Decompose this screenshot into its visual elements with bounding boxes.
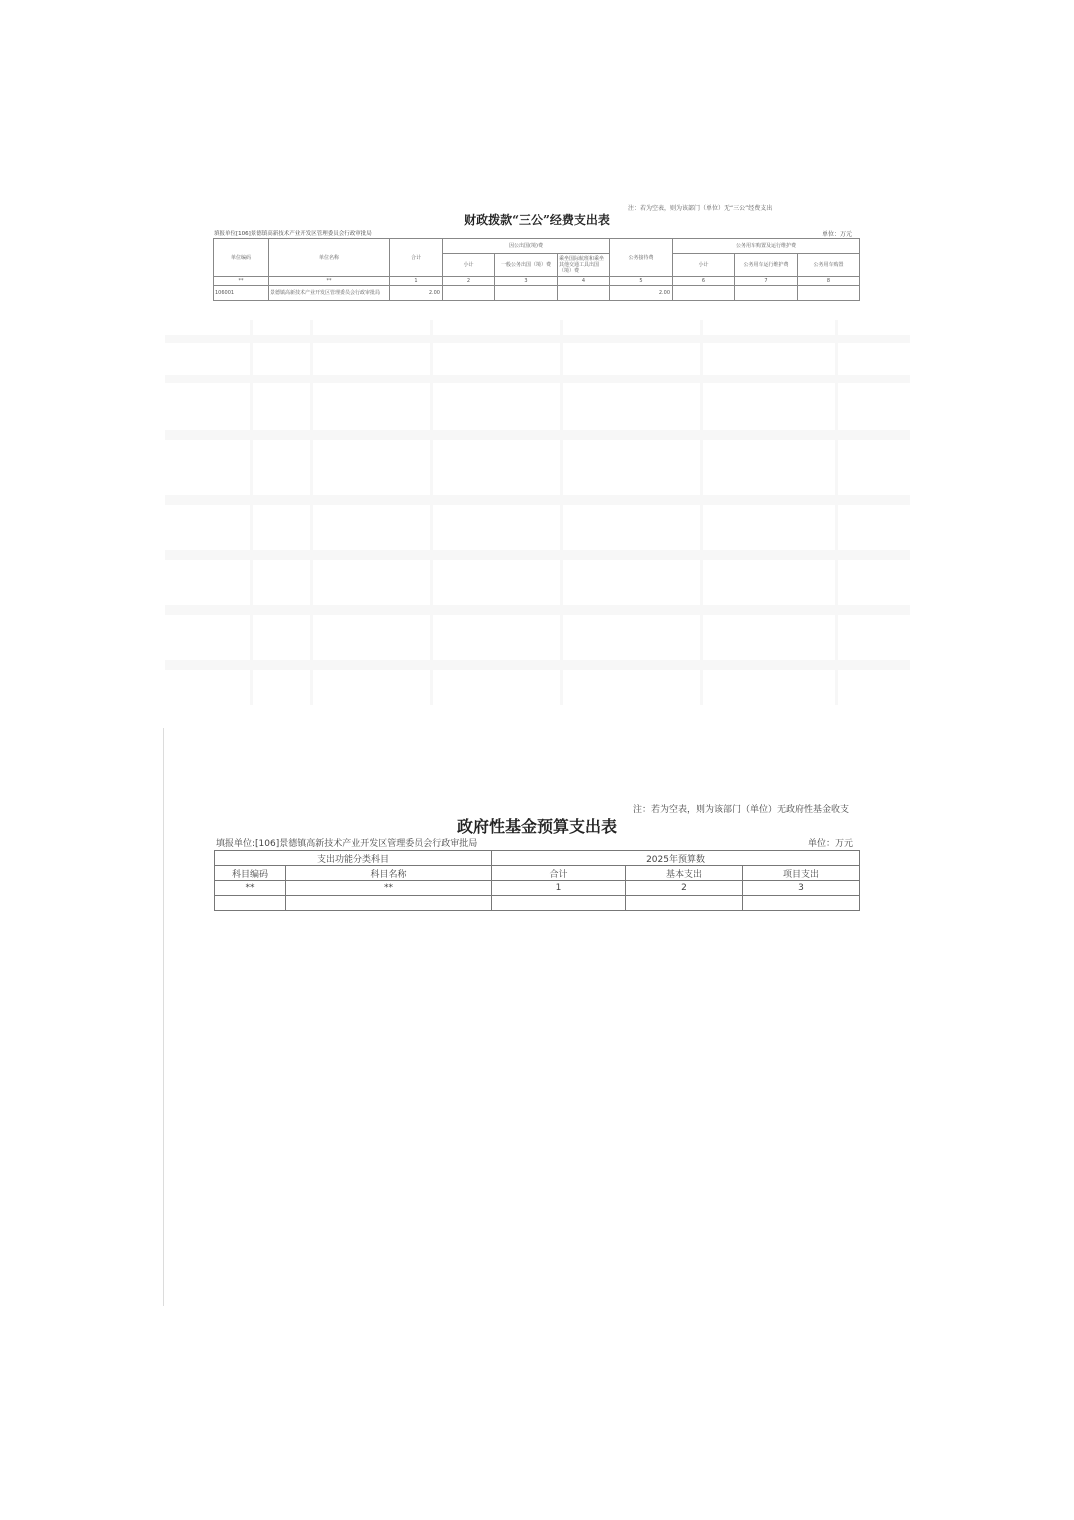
table1-title: 财政拨款“三公”经费支出表 bbox=[0, 211, 1074, 228]
header-total: 合计 bbox=[390, 239, 443, 277]
index-cell: 5 bbox=[610, 277, 673, 286]
index-cell: 6 bbox=[673, 277, 735, 286]
table1-unit-label: 单位：万元 bbox=[822, 229, 852, 238]
cell-total bbox=[492, 896, 626, 911]
cell-basic bbox=[626, 896, 743, 911]
header-overseas-special: 乘坐国际航班和乘坐其他交通工具出国（境）费 bbox=[558, 254, 610, 277]
index-cell: 2 bbox=[626, 881, 743, 896]
header-unit-code: 单位编码 bbox=[214, 239, 269, 277]
header-reception: 公务接待费 bbox=[610, 239, 673, 277]
header-overseas-subtotal: 小计 bbox=[443, 254, 495, 277]
index-row: ** ** 1 2 3 4 5 6 7 8 bbox=[214, 277, 860, 286]
cell-subject-code bbox=[215, 896, 286, 911]
index-cell: 7 bbox=[735, 277, 798, 286]
header-total: 合计 bbox=[492, 866, 626, 881]
cell-unit-code: 106001 bbox=[214, 286, 269, 301]
cell-vehicle-subtotal bbox=[673, 286, 735, 301]
table1-org-label: 填报单位[106]景德镇高新技术产业开发区管理委员会行政审批局 bbox=[214, 229, 372, 237]
index-cell: ** bbox=[214, 277, 269, 286]
header-overseas-general: 一般公务出国（境）费 bbox=[495, 254, 558, 277]
three-public-expense-table: 单位编码 单位名称 合计 因公出国(境)费 公务接待费 公务用车购置及运行维护费… bbox=[213, 238, 860, 301]
cell-reception: 2.00 bbox=[610, 286, 673, 301]
table2-title: 政府性基金预算支出表 bbox=[0, 814, 1074, 837]
cell-vehicle-purchase bbox=[798, 286, 860, 301]
header-subject-code: 科目编码 bbox=[215, 866, 286, 881]
faint-background-ghost bbox=[165, 320, 910, 705]
table-row: 106001 景德镇高新技术产业开发区管理委员会行政审批局 2.00 2.00 bbox=[214, 286, 860, 301]
index-cell: ** bbox=[286, 881, 492, 896]
header-overseas-group: 因公出国(境)费 bbox=[443, 239, 610, 254]
cell-overseas-general bbox=[495, 286, 558, 301]
cell-total: 2.00 bbox=[390, 286, 443, 301]
header-budget-2025: 2025年预算数 bbox=[492, 851, 860, 866]
index-cell: ** bbox=[215, 881, 286, 896]
index-cell: 1 bbox=[390, 277, 443, 286]
cell-project bbox=[743, 896, 860, 911]
index-cell: 3 bbox=[495, 277, 558, 286]
table2-org-label: 填报单位:[106]景德镇高新技术产业开发区管理委员会行政审批局 bbox=[216, 836, 477, 849]
cell-subject-name bbox=[286, 896, 492, 911]
table2-unit-label: 单位：万元 bbox=[808, 836, 853, 849]
government-fund-budget-table: 支出功能分类科目 2025年预算数 科目编码 科目名称 合计 基本支出 项目支出… bbox=[214, 850, 860, 911]
index-cell: 2 bbox=[443, 277, 495, 286]
header-vehicle-group: 公务用车购置及运行维护费 bbox=[673, 239, 860, 254]
cell-vehicle-operation bbox=[735, 286, 798, 301]
header-subject-name: 科目名称 bbox=[286, 866, 492, 881]
header-vehicle-subtotal: 小计 bbox=[673, 254, 735, 277]
header-vehicle-purchase: 公务用车购置 bbox=[798, 254, 860, 277]
index-cell: ** bbox=[269, 277, 390, 286]
index-row: ** ** 1 2 3 bbox=[215, 881, 860, 896]
cell-overseas-special bbox=[558, 286, 610, 301]
cell-overseas-subtotal bbox=[443, 286, 495, 301]
index-cell: 3 bbox=[743, 881, 860, 896]
table-row bbox=[215, 896, 860, 911]
header-vehicle-operation: 公务用车运行维护费 bbox=[735, 254, 798, 277]
index-cell: 4 bbox=[558, 277, 610, 286]
index-cell: 8 bbox=[798, 277, 860, 286]
header-function-classification: 支出功能分类科目 bbox=[215, 851, 492, 866]
cell-unit-name: 景德镇高新技术产业开发区管理委员会行政审批局 bbox=[269, 286, 390, 301]
header-basic-expense: 基本支出 bbox=[626, 866, 743, 881]
header-project-expense: 项目支出 bbox=[743, 866, 860, 881]
index-cell: 1 bbox=[492, 881, 626, 896]
header-unit-name: 单位名称 bbox=[269, 239, 390, 277]
